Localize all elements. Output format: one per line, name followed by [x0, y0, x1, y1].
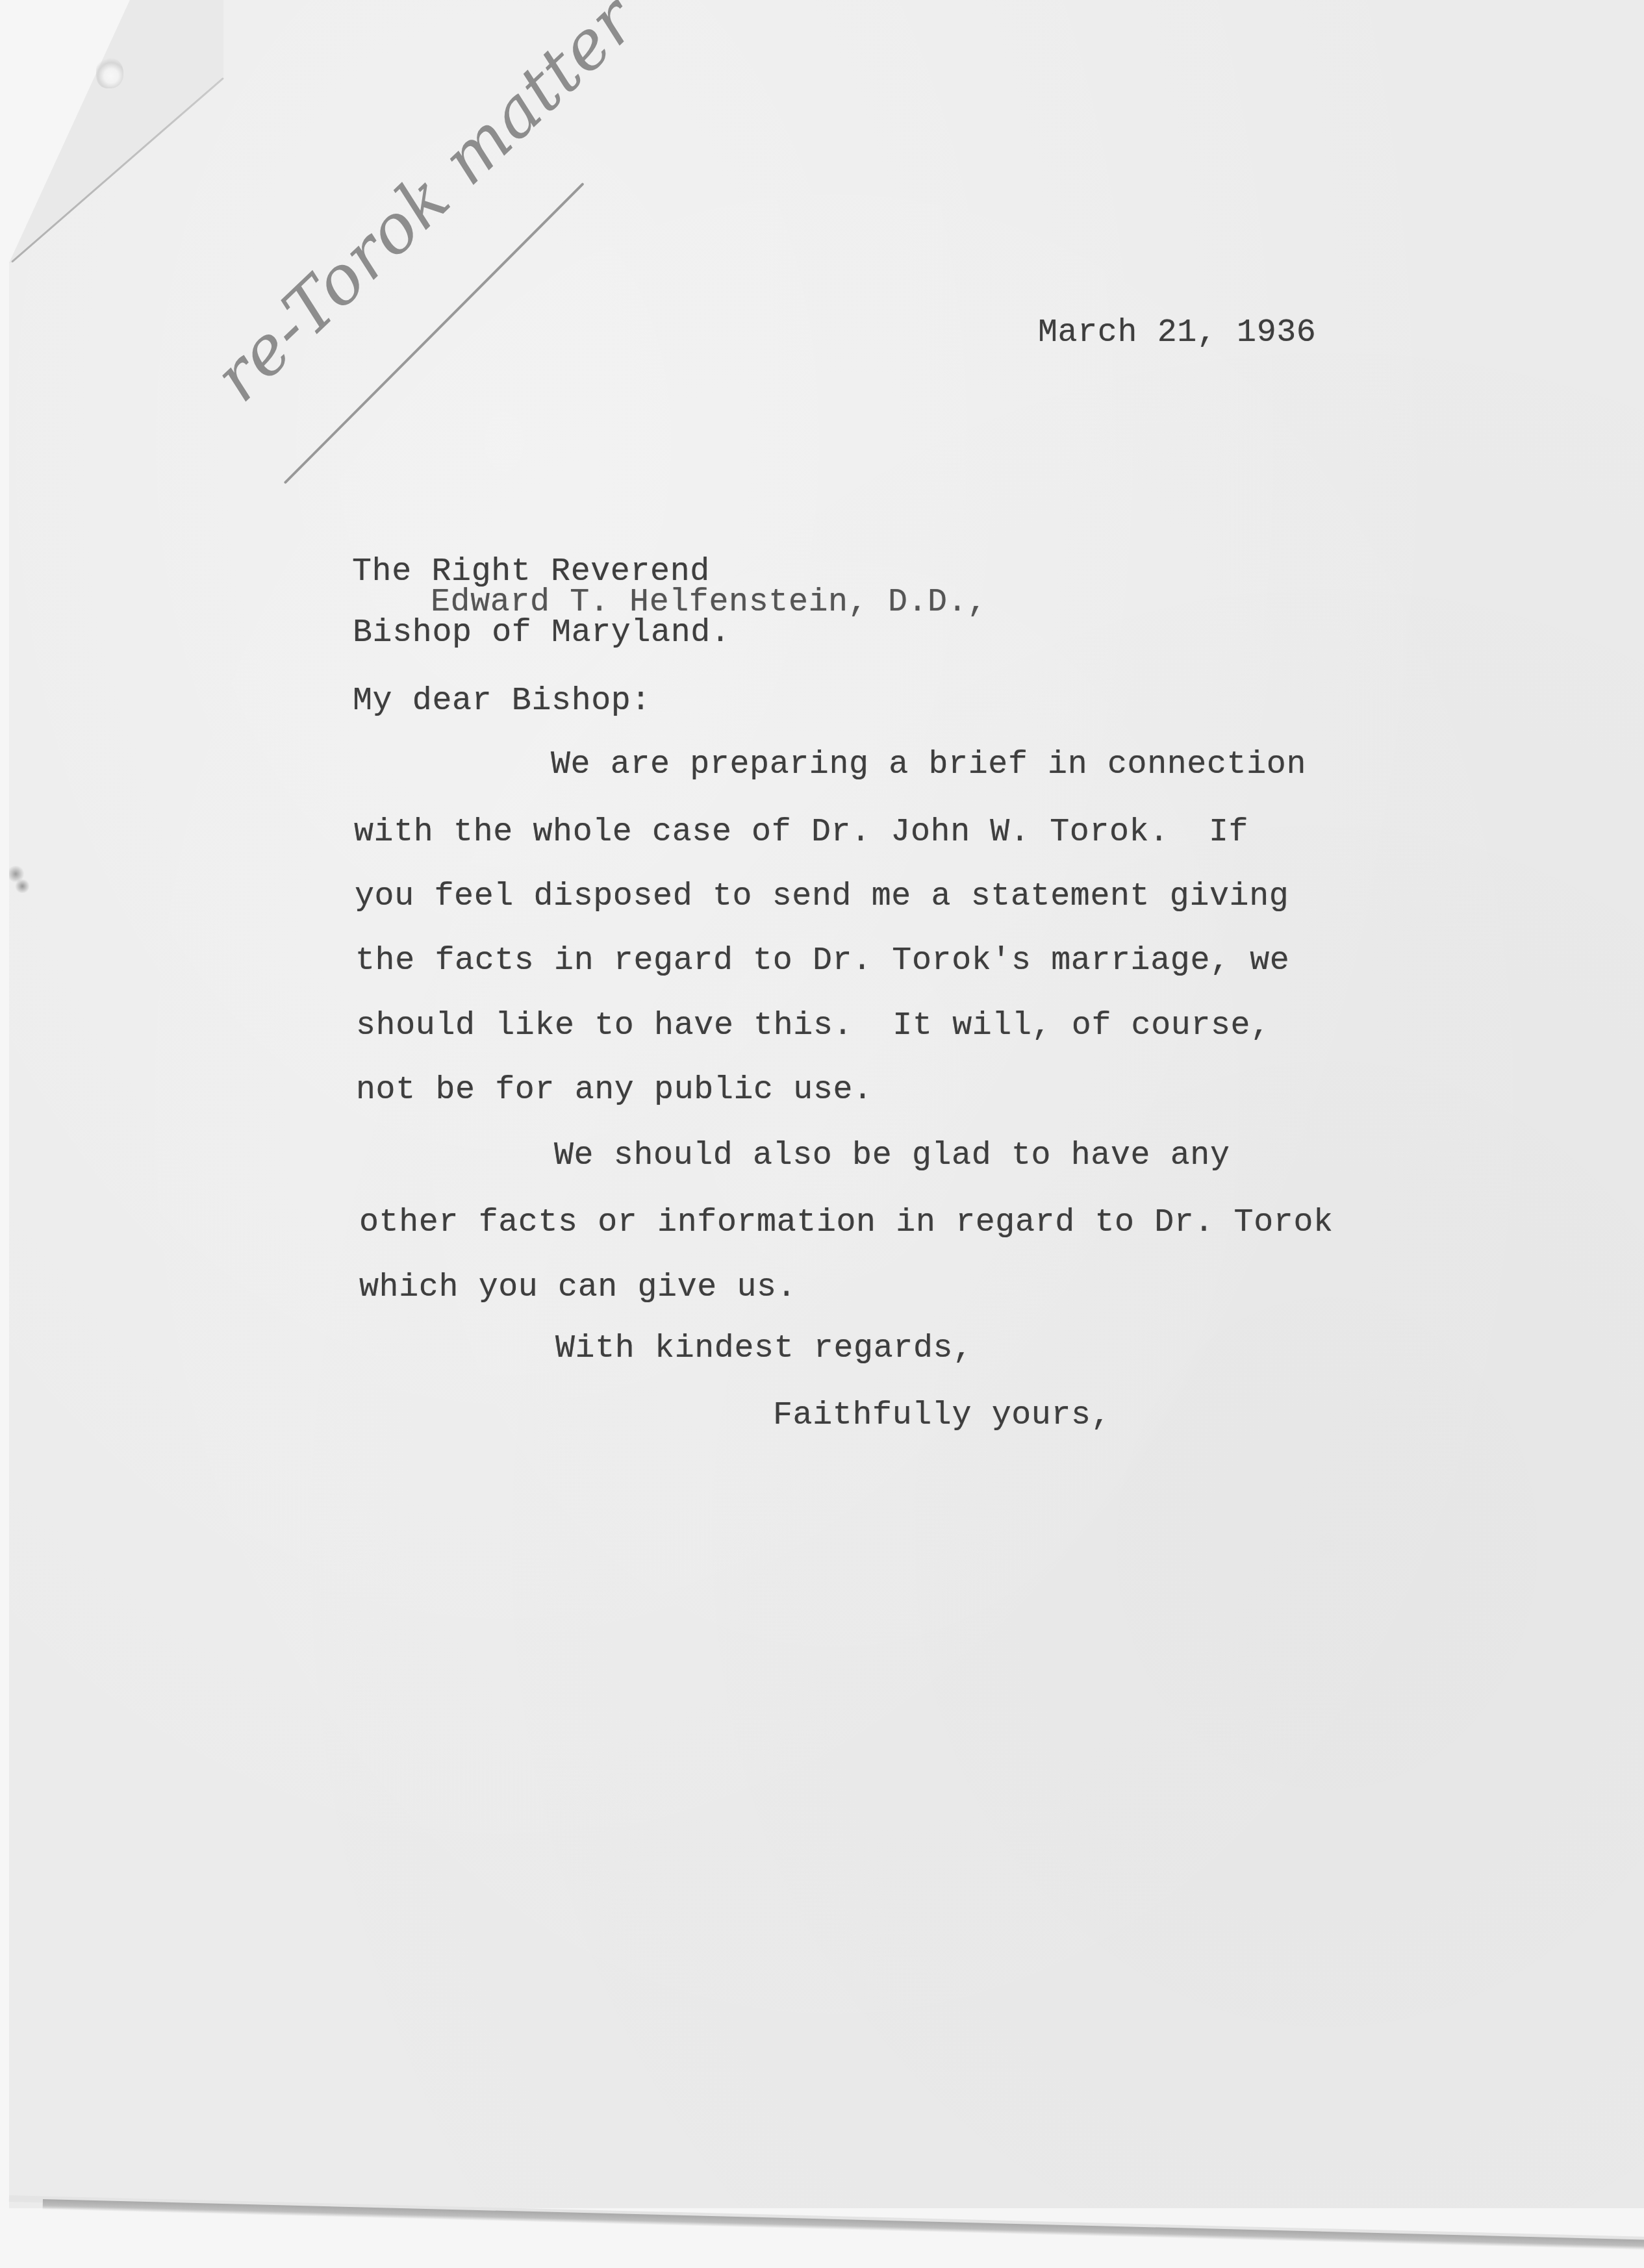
paragraph-1-line-2: with the whole case of Dr. John W. Torok… — [354, 816, 1248, 849]
staple-hole-icon — [96, 57, 123, 88]
paragraph-2-line-3: which you can give us. — [359, 1272, 796, 1304]
paragraph-1-line-4: the facts in regard to Dr. Torok's marri… — [355, 945, 1289, 977]
recipient-position: Bishop of Maryland. — [353, 617, 731, 649]
paragraph-1-line-5: should like to have this. It will, of co… — [356, 1010, 1271, 1042]
letter-date: March 21, 1936 — [1038, 317, 1316, 349]
complimentary-close: Faithfully yours, — [773, 1400, 1111, 1432]
paragraph-2-line-2: other facts or information in regard to … — [359, 1207, 1334, 1239]
paragraph-2-line-1: We should also be glad to have any — [554, 1140, 1230, 1172]
closing-regards: With kindest regards, — [555, 1333, 973, 1365]
paragraph-1-line-3: you feel disposed to send me a statement… — [355, 881, 1289, 913]
paragraph-1-line-1: We are preparing a brief in connection — [551, 749, 1306, 781]
salutation: My dear Bishop: — [353, 685, 651, 718]
paragraph-1-line-6: not be for any public use. — [356, 1074, 873, 1107]
margin-smudge — [9, 866, 31, 893]
